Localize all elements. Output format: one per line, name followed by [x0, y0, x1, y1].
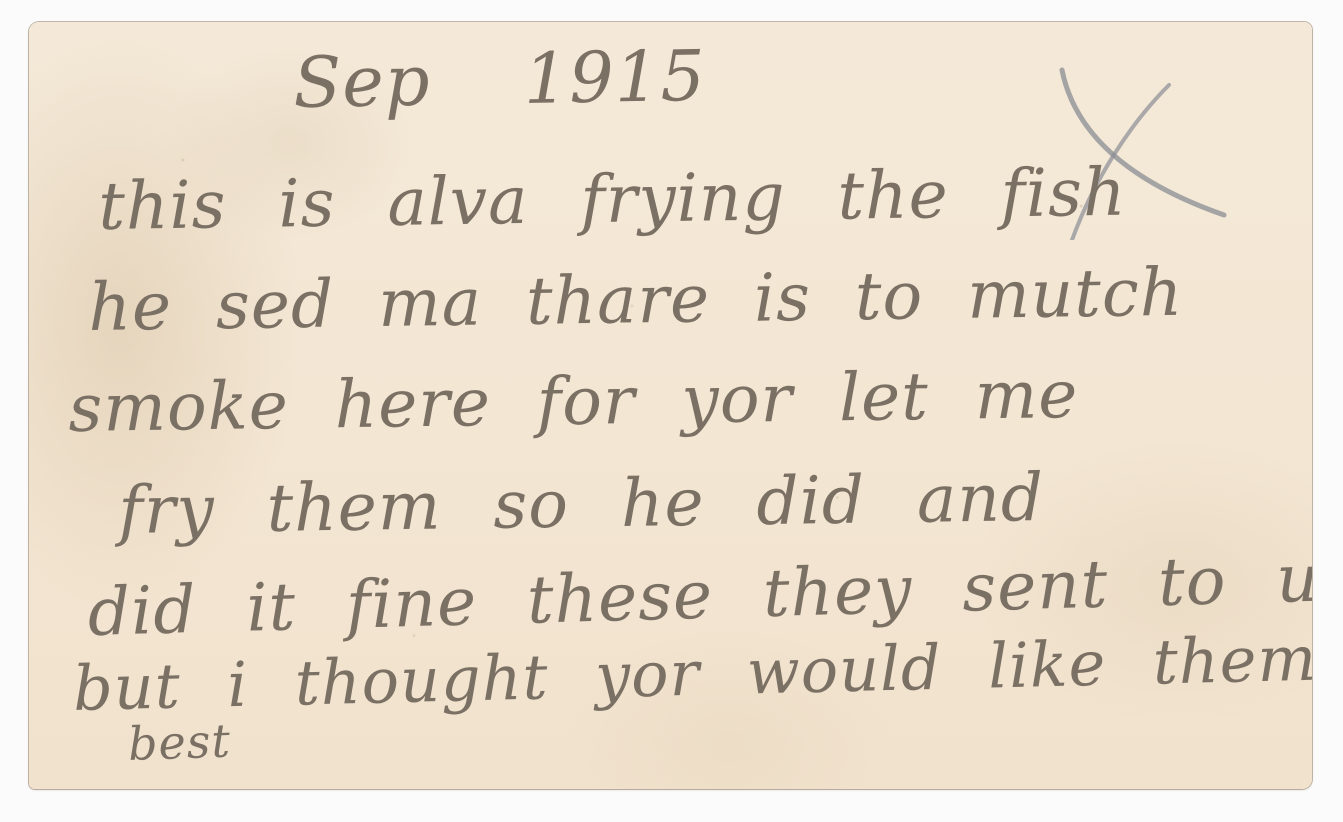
date-heading: Sep 1915	[293, 35, 707, 124]
message-line: smoke here for yor let me	[68, 356, 1079, 447]
message-line: this is alva frying the fish	[98, 154, 1127, 245]
postcard-back: Sep 1915 this is alva frying the fish he…	[29, 22, 1312, 789]
message-line: best	[127, 713, 232, 771]
postcard-scan: Sep 1915 this is alva frying the fish he…	[0, 0, 1343, 822]
message-line: fry them so he did and	[118, 459, 1045, 549]
message-line: he sed ma thare is to mutch	[88, 254, 1184, 346]
